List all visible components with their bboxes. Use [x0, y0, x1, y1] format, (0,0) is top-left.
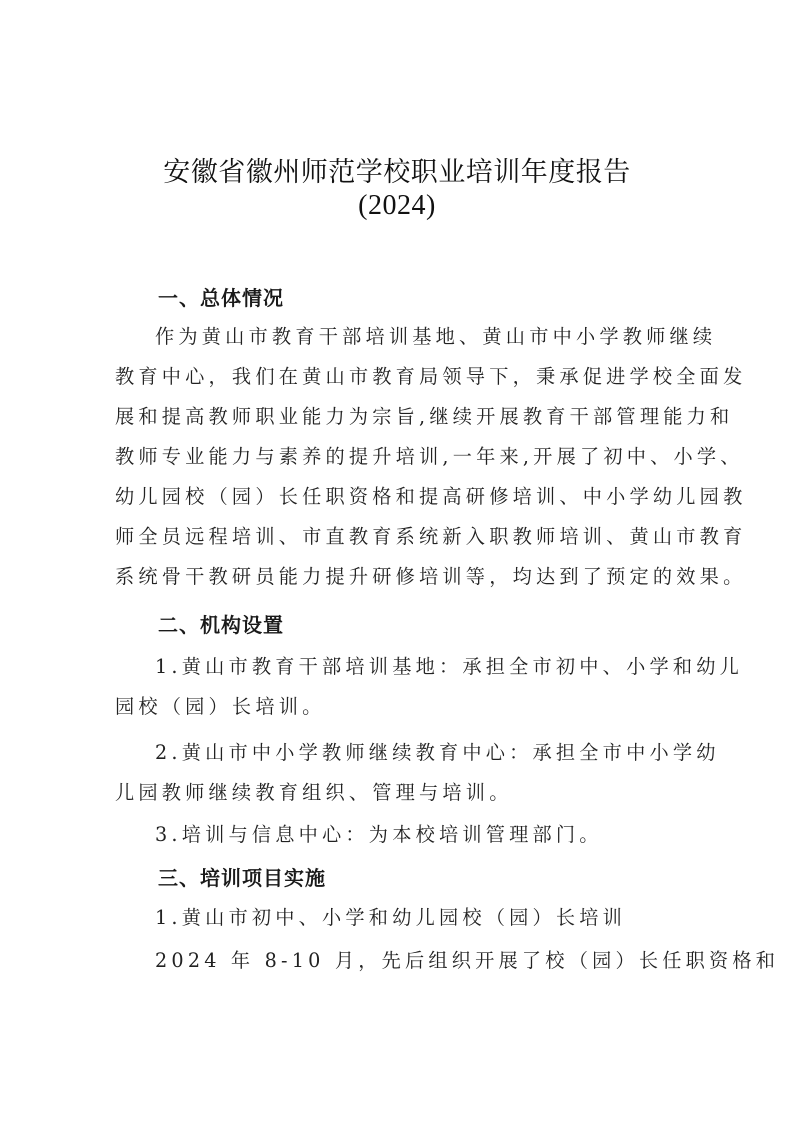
paragraph-line: 教育中心，我们在黄山市教育局领导下，秉承促进学校全面发: [115, 362, 685, 389]
list-item: 2.黄山市中小学教师继续教育中心：承担全市中小学幼: [155, 738, 685, 765]
section-heading-projects: 三、培训项目实施: [158, 862, 326, 891]
document-title-year: (2024): [0, 190, 794, 222]
section-heading-overview: 一、总体情况: [158, 282, 284, 311]
list-item-continuation: 园校（园）长培训。: [115, 692, 685, 719]
paragraph-line: 展和提高教师职业能力为宗旨,继续开展教育干部管理能力和: [115, 402, 685, 429]
paragraph-line: 2024 年 8-10 月，先后组织开展了校（园）长任职资格和: [155, 946, 685, 973]
document-title: 安徽省徽州师范学校职业培训年度报告: [0, 150, 794, 189]
list-item-continuation: 儿园教师继续教育组织、管理与培训。: [115, 778, 685, 805]
paragraph-line: 师全员远程培训、市直教育系统新入职教师培训、黄山市教育: [115, 522, 685, 549]
paragraph-line: 系统骨干教研员能力提升研修培训等，均达到了预定的效果。: [115, 562, 685, 589]
paragraph-line: 作为黄山市教育干部培训基地、黄山市中小学教师继续: [155, 322, 685, 349]
subsection-heading: 1.黄山市初中、小学和幼儿园校（园）长培训: [155, 903, 685, 930]
document-page: 安徽省徽州师范学校职业培训年度报告 (2024) 一、总体情况 作为黄山市教育干…: [0, 0, 794, 1122]
list-item: 3.培训与信息中心：为本校培训管理部门。: [155, 820, 685, 847]
paragraph-line: 幼儿园校（园）长任职资格和提高研修培训、中小学幼儿园教: [115, 482, 685, 509]
section-heading-organization: 二、机构设置: [158, 609, 284, 638]
list-item: 1.黄山市教育干部培训基地：承担全市初中、小学和幼儿: [155, 652, 685, 679]
paragraph-line: 教师专业能力与素养的提升培训,一年来,开展了初中、小学、: [115, 442, 685, 469]
